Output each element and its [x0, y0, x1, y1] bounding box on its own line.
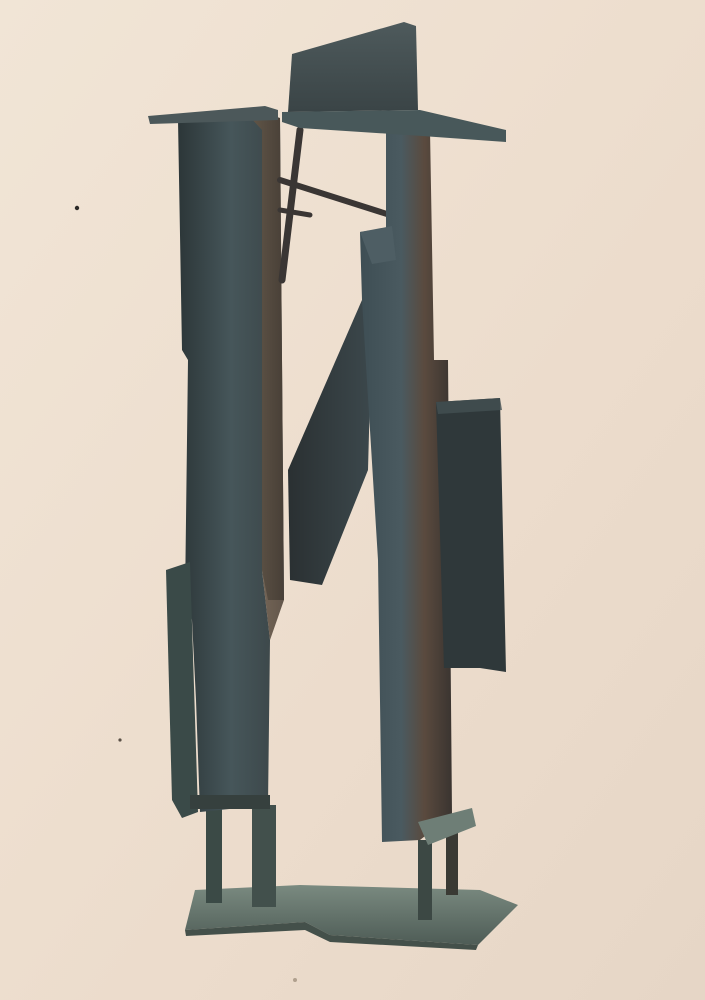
speck — [75, 206, 79, 210]
speck — [118, 738, 121, 741]
sculpture-photo — [0, 0, 705, 1000]
speck — [293, 978, 297, 982]
